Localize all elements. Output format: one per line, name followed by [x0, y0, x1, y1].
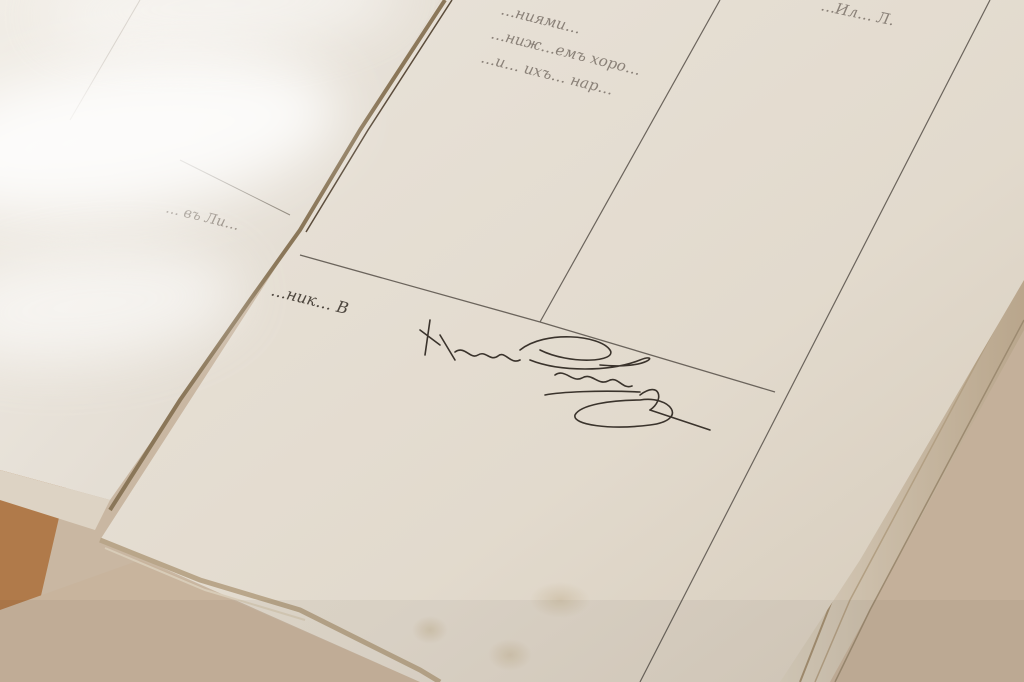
photo-scene: …ниями… …ниж…емъ хоро… …и… ихъ… нар… …Ил… — [0, 0, 1024, 682]
document-photo: …ниями… …ниж…емъ хоро… …и… ихъ… нар… …Ил… — [0, 0, 1024, 682]
